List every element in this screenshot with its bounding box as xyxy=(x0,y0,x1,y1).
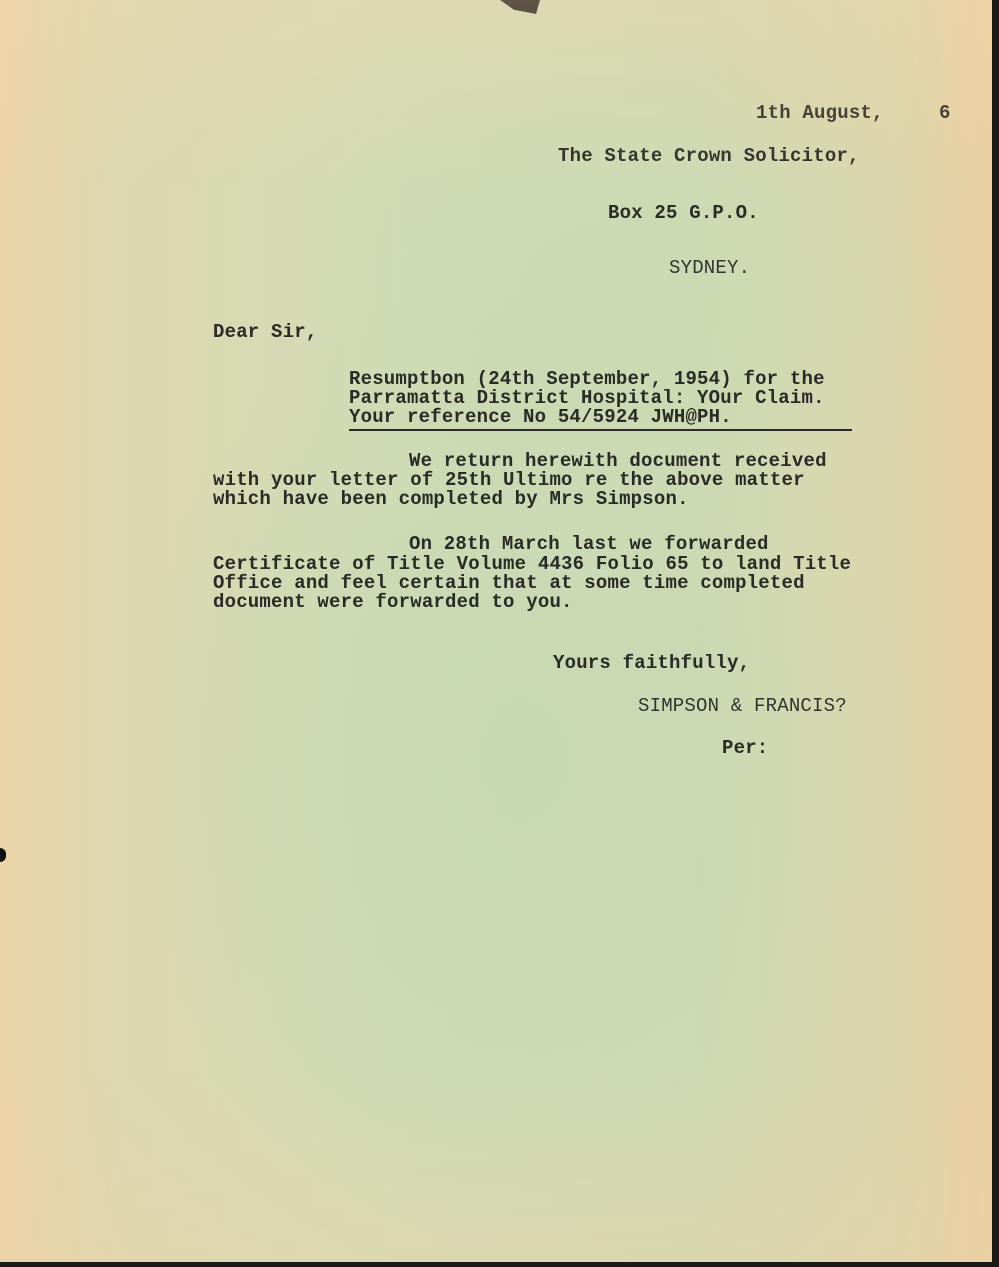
recipient-line-3: SYDNEY. xyxy=(669,258,750,279)
body-para2-line-3: Office and feel certain that at some tim… xyxy=(213,573,805,594)
per-signature-line: Per: xyxy=(722,738,768,759)
recipient-line-2: Box 25 G.P.O. xyxy=(608,203,759,224)
letter-date: 1th August, xyxy=(756,103,884,124)
body-para1-line-1: We return herewith document received xyxy=(409,451,827,472)
body-para1-line-3: which have been completed by Mrs Simpson… xyxy=(213,489,689,510)
subject-line-3: Your reference No 54/5924 JWH@PH. xyxy=(349,407,852,431)
subject-line-1: Resumptbon (24th September, 1954) for th… xyxy=(349,369,825,390)
body-para1-line-2: with your letter of 25th Ultimo re the a… xyxy=(213,470,805,491)
salutation: Dear Sir, xyxy=(213,322,317,343)
firm-name: SIMPSON & FRANCIS? xyxy=(638,696,847,717)
closing: Yours faithfully, xyxy=(553,653,750,674)
body-para2-line-1: On 28th March last we forwarded xyxy=(409,534,769,555)
subject-line-2: Parramatta District Hospital: YOur Claim… xyxy=(349,388,825,409)
punch-hole-mark xyxy=(0,848,6,862)
torn-notch xyxy=(500,0,540,14)
body-para2-line-2: Certificate of Title Volume 4436 Folio 6… xyxy=(213,554,851,575)
letter-date-year-fragment: 6 xyxy=(939,103,951,124)
recipient-line-1: The State Crown Solicitor, xyxy=(558,146,860,167)
letter-page: 1th August, 6 The State Crown Solicitor,… xyxy=(0,0,992,1262)
body-para2-line-4: document were forwarded to you. xyxy=(213,592,573,613)
